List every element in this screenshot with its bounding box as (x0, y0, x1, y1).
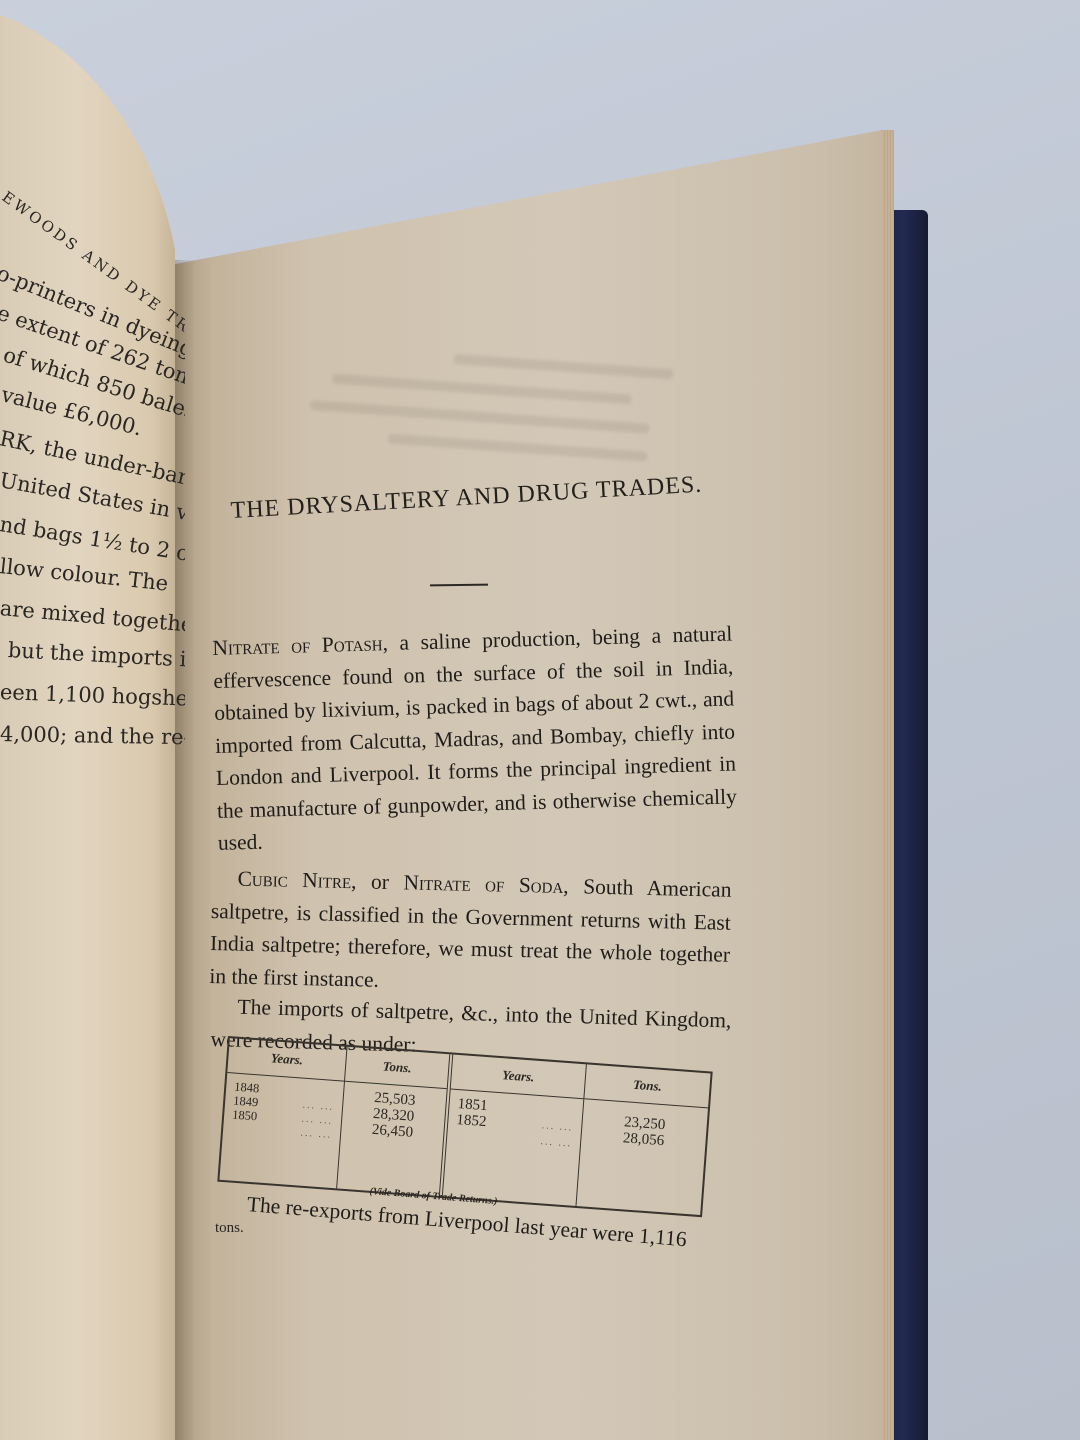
term-nitrate-of-potash: Nitrate of Potash (212, 631, 383, 660)
page-edges (880, 130, 894, 1440)
table-col-years-2: Years. 1851 1852... ... ... ... (443, 1055, 587, 1206)
term-cubic-nitre: Cubic Nitre (237, 867, 351, 894)
paragraph-cubic-nitre: Cubic Nitre, or Nitrate of Soda, South A… (209, 862, 732, 1004)
term-nitrate-of-soda: Nitrate of Soda (403, 870, 563, 898)
paragraph-nitrate-of-potash: Nitrate of Potash, a saline production, … (212, 617, 738, 859)
table-col-tons-1: Tons. 25,503 28,320 26,450 (337, 1047, 453, 1196)
book-photo: EWOODS AND DYE TRADES o-printers in dyei… (0, 0, 1080, 1440)
closing-line-continued: tons. (215, 1220, 244, 1237)
table-col-years-1: Years. 1848 1849... ... 1850... ... ... … (219, 1038, 347, 1188)
left-page-text: EWOODS AND DYE TRADES o-printers in dyei… (0, 150, 185, 750)
table-col-tons-2: Tons. 23,250 28,056 (576, 1064, 710, 1215)
